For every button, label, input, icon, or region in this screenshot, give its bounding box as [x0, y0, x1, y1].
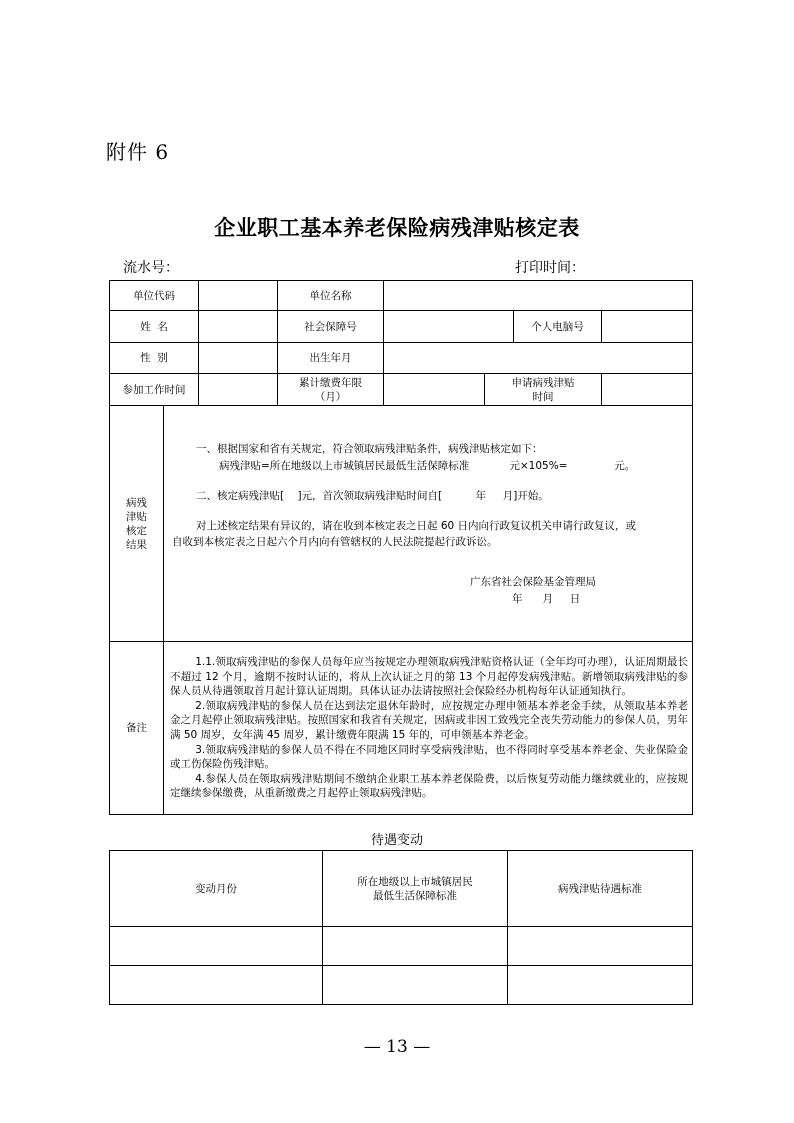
result-para3-line1: 对上述核定结果有异议的，请在收到本核定表之日起 60 日内向行政复议机关申请行政…	[196, 518, 636, 534]
unit-code-label: 单位代码	[110, 281, 199, 311]
min-living-standard-cell[interactable]	[323, 927, 508, 966]
personal-computer-no-field[interactable]	[602, 311, 693, 343]
name-field[interactable]	[199, 311, 278, 343]
contribution-months-label-line1: 累计缴费年限	[278, 376, 383, 390]
unit-name-label: 单位名称	[278, 281, 384, 311]
attachment-label: 附件 6	[106, 136, 169, 165]
note-item: 4.参保人员在领取病残津贴期间不缴纳企业职工基本养老保险费，以后恢复劳动能力继续…	[170, 772, 688, 801]
note-item: 2.领取病残津贴的参保人员在达到法定退休年龄时，应按规定办理申领基本养老金手续，…	[170, 699, 688, 743]
apply-time-label: 申请病残津贴 时间	[485, 374, 602, 406]
change-month-cell[interactable]	[110, 966, 323, 1005]
contribution-months-label: 累计缴费年限 （月）	[278, 374, 384, 406]
allowance-standard-cell[interactable]	[508, 927, 693, 966]
allowance-standard-cell[interactable]	[508, 966, 693, 1005]
result-label-line: 津贴	[110, 510, 163, 524]
social-security-no-label: 社会保障号	[278, 311, 384, 343]
birth-date-field[interactable]	[384, 343, 693, 374]
column-header-line1: 所在地级以上市城镇居民	[323, 875, 507, 889]
notes-body: 1.1.领取病残津贴的参保人员每年应当按规定办理领取病残津贴资格认证（全年均可办…	[164, 642, 693, 815]
social-security-no-field[interactable]	[384, 311, 514, 343]
birth-date-label: 出生年月	[278, 343, 384, 374]
work-start-field[interactable]	[199, 374, 278, 406]
print-time-label: 打印时间：	[515, 257, 585, 277]
column-header-allowance-standard: 病残津贴待遇标准	[508, 851, 693, 927]
apply-time-label-line2: 时间	[485, 390, 601, 404]
table-row	[110, 927, 693, 966]
min-living-standard-cell[interactable]	[323, 966, 508, 1005]
result-para2: 二、核定病残津贴[ ]元，首次领取病残津贴时间自[ 年 月]开始。	[196, 488, 549, 504]
benefit-change-table: 变动月份 所在地级以上市城镇居民 最低生活保障标准 病残津贴待遇标准	[109, 850, 693, 1005]
form-title: 企业职工基本养老保险病残津贴核定表	[0, 212, 794, 242]
note-item: 3.领取病残津贴的参保人员不得在不同地区同时享受病残津贴，也不得同时享受基本养老…	[170, 743, 688, 772]
unit-name-field[interactable]	[384, 281, 693, 311]
page-number: — 13 —	[0, 1037, 794, 1057]
name-label: 姓 名	[110, 311, 199, 343]
result-para3-line2: 自收到本核定表之日起六个月内向有管辖权的人民法院提起行政诉讼。	[172, 534, 498, 550]
table-row	[110, 966, 693, 1005]
change-month-cell[interactable]	[110, 927, 323, 966]
result-para1-line1: 一、根据国家和省有关规定，符合领取病残津贴条件，病残津贴核定如下：	[196, 441, 543, 457]
column-header-change-month: 变动月份	[110, 851, 323, 927]
result-label-line: 核定	[110, 524, 163, 538]
column-header-min-living-standard: 所在地级以上市城镇居民 最低生活保障标准	[323, 851, 508, 927]
result-section-body: 一、根据国家和省有关规定，符合领取病残津贴条件，病残津贴核定如下： 病残津贴=所…	[164, 406, 693, 642]
column-header-line2: 最低生活保障标准	[323, 889, 507, 903]
apply-time-label-line1: 申请病残津贴	[485, 376, 601, 390]
notes-label: 备注	[110, 642, 164, 815]
gender-field[interactable]	[199, 343, 278, 374]
contribution-months-field[interactable]	[384, 374, 485, 406]
result-label-line: 病残	[110, 496, 163, 510]
note-item: 1.1.领取病残津贴的参保人员每年应当按规定办理领取病残津贴资格认证（全年均可办…	[170, 655, 688, 699]
serial-number-label: 流水号：	[123, 257, 179, 277]
gender-label: 性 别	[110, 343, 199, 374]
work-start-label: 参加工作时间	[110, 374, 199, 406]
result-label-line: 结果	[110, 538, 163, 552]
apply-time-field[interactable]	[602, 374, 693, 406]
benefit-change-title: 待遇变动	[0, 829, 794, 848]
issuer-name: 广东省社会保险基金管理局	[470, 574, 596, 590]
contribution-months-label-line2: （月）	[278, 390, 383, 404]
personal-computer-no-label: 个人电脑号	[514, 311, 602, 343]
verification-form-table: 单位代码 单位名称 姓 名 社会保障号 个人电脑号 性 别 出生年月 参加工作时…	[109, 280, 693, 815]
unit-code-field[interactable]	[199, 281, 278, 311]
issue-date: 年 月 日	[512, 591, 580, 607]
result-para1-line2: 病残津贴=所在地级以上市城镇居民最低生活保障标准 元×105%= 元。	[219, 458, 635, 474]
result-section-label: 病残 津贴 核定 结果	[110, 406, 164, 642]
